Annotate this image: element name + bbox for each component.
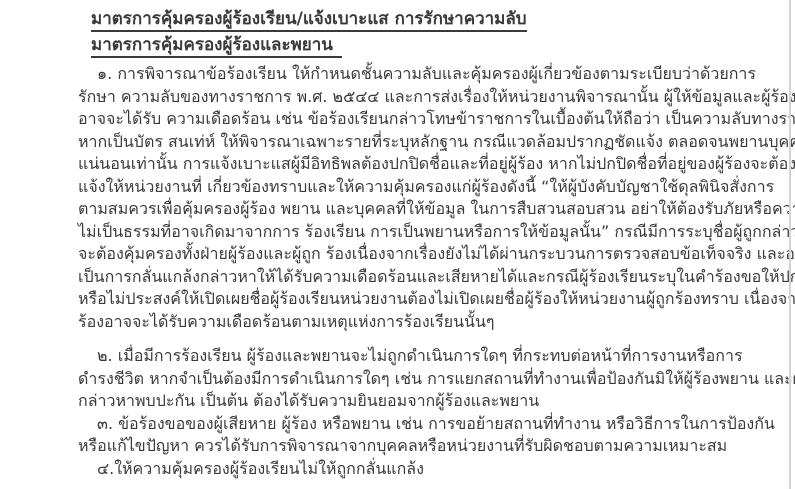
text-line: ร้องอาจจะได้รับความเดือดร้อนตามเหตุแห่งก… xyxy=(78,311,723,334)
text-line: อาจจะได้รับ ความเดือดร้อน เช่น ข้อร้องเร… xyxy=(78,108,723,131)
text-line: ๔.ให้ความคุ้มครองผู้ร้องเรียนไม่ให้ถูกกล… xyxy=(78,458,723,481)
text-line: ดำรงชีวิต หากจำเป็นต้องมีการดำเนินการใดๆ… xyxy=(78,368,723,391)
text-line: ๓. ข้อร้องขอของผู้เสียหาย ผู้ร้อง หรือพย… xyxy=(78,413,723,436)
paragraph: ๒. เมื่อมีการร้องเรียน ผู้ร้องและพยานจะไ… xyxy=(78,345,723,413)
text-line: ตามสมควรเพื่อคุ้มครองผู้ร้อง พยาน และบุค… xyxy=(78,198,723,221)
text-line: เป็นการกลั่นแกล้งกล่าวหาให้ได้รับความเดื… xyxy=(78,266,723,289)
text-line: แจ้งให้หน่วยงานที่ เกี่ยวข้องทราบและให้ค… xyxy=(78,176,723,199)
paragraph: ๑. การพิจารณาข้อร้องเรียน ให้กำหนดชั้นคว… xyxy=(78,63,723,333)
text-line: หากเป็นบัตร สนเท่ห์ ให้พิจารณาเฉพาะรายที… xyxy=(78,131,723,154)
page-edge-line xyxy=(789,0,791,489)
document-heading-line-2: มาตรการคุ้มครองผู้ร้องและพยาน xyxy=(91,33,723,59)
text-line: จะต้องคุ้มครองทั้งฝ่ายผู้ร้องและผู้ถูก ร… xyxy=(78,243,723,266)
text-line: รักษา ความลับของทางราชการ พ.ศ. ๒๕๔๔ และก… xyxy=(78,86,723,109)
text-line: ไม่เป็นธรรมที่อาจเกิดมาจากการ ร้องเรียน … xyxy=(78,221,723,244)
document-heading-line-1: มาตรการคุ้มครองผู้ร้องเรียน/แจ้งเบาะแส ก… xyxy=(91,7,723,33)
text-line: ๑. การพิจารณาข้อร้องเรียน ให้กำหนดชั้นคว… xyxy=(78,63,723,86)
heading-text-2: มาตรการคุ้มครองผู้ร้องและพยาน xyxy=(91,35,342,58)
text-line: หรือไม่ประสงค์ให้เปิดเผยชื่อผู้ร้องเรียน… xyxy=(78,288,723,311)
paragraph: ๓. ข้อร้องขอของผู้เสียหาย ผู้ร้อง หรือพย… xyxy=(78,413,723,458)
text-line: ๒. เมื่อมีการร้องเรียน ผู้ร้องและพยานจะไ… xyxy=(78,345,723,368)
paragraph: ๔.ให้ความคุ้มครองผู้ร้องเรียนไม่ให้ถูกกล… xyxy=(78,458,723,481)
text-line: หรือแก้ไขปัญหา ควรได้รับการพิจารณาจากบุค… xyxy=(78,435,723,458)
document-page: มาตรการคุ้มครองผู้ร้องเรียน/แจ้งเบาะแส ก… xyxy=(0,0,795,489)
text-line: แน่นอนเท่านั้น การแจ้งเบาะแสผู้มีอิทธิพล… xyxy=(78,153,723,176)
heading-text-1: มาตรการคุ้มครองผู้ร้องเรียน/แจ้งเบาะแส ก… xyxy=(91,9,527,32)
document-body: ๑. การพิจารณาข้อร้องเรียน ให้กำหนดชั้นคว… xyxy=(78,63,723,480)
document-content: มาตรการคุ้มครองผู้ร้องเรียน/แจ้งเบาะแส ก… xyxy=(78,7,723,480)
text-line: กล่าวหาพบปะกัน เป็นต้น ต้องได้รับความยิน… xyxy=(78,390,723,413)
